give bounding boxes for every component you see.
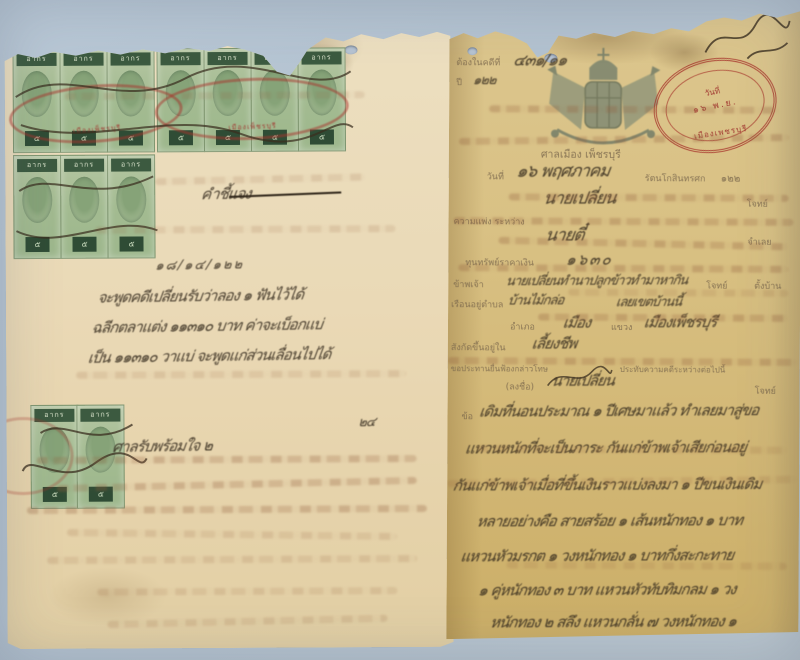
amount-label: ทุนทรัพย์ราคาเงิน: [465, 255, 534, 269]
handwritten-plaintiff-name: นายเปลี่ยน: [542, 185, 617, 212]
handwritten-margin-mark: ๒๔: [357, 411, 376, 432]
royal-coat-of-arms-emblem: [541, 46, 667, 159]
bleed-through-marks: [47, 555, 417, 564]
handwritten-body-line: แหวนหนักที่จะเป็นภาระ กันแก่ข้าพเจ้าเสีย…: [464, 435, 748, 460]
era-label: รัตนโกสินทรศก: [645, 171, 706, 185]
house-label: ตั้งบ้าน: [754, 279, 781, 293]
ink-cancellation-squiggle: [11, 53, 357, 155]
ink-cancellation-squiggle: [20, 410, 151, 511]
handwritten-court-note: ศาลรับพร้อมใจ ๒: [111, 434, 213, 460]
petition-text-2: ประทับความคดีระหว่างต่อไปนี้: [620, 363, 726, 377]
right-document-page: ต้องในคดีที่ ๔๓๑/๑๑ ปี ๑๒๒ วันที่ ๑๖: [446, 5, 800, 641]
handwritten-khwaeng: เมืองเพ็ชรบุรี: [642, 310, 718, 334]
bleed-through-marks: [76, 370, 406, 379]
date-label: วันที่: [487, 169, 504, 183]
handwritten-amount: ๑๖๓๐: [565, 248, 615, 272]
left-document-page: อากร๕ อากร๕ อากร๕ อากร๕ อากร๕ อากร๕ อากร…: [4, 25, 453, 649]
plaintiff-label: โจทย์: [706, 278, 727, 292]
bleed-through-marks: [155, 173, 365, 185]
photo-of-documents: อากร๕ อากร๕ อากร๕ อากร๕ อากร๕ อากร๕ อากร…: [0, 0, 800, 660]
bleed-through-marks: [97, 587, 397, 596]
seal-city-text: เมืองเพชรบุรี: [661, 117, 780, 148]
handwritten-year: ๑๒๒: [472, 69, 497, 90]
bleed-through-marks: [67, 529, 397, 540]
punch-hole: [467, 47, 477, 55]
bleed-through-marks: [498, 237, 788, 251]
paper-stain: [47, 566, 167, 627]
era-value: ๑๒๒: [721, 172, 741, 187]
handwritten-affiliation: เลี้ยงชีพ: [530, 332, 578, 356]
petition-text: ขอประทานยื่นฟ้องกล่าวโทษ: [451, 362, 548, 376]
handwritten-date: ๑๖ พฤศภาคม: [515, 157, 611, 184]
bleed-through-marks: [107, 615, 387, 628]
handwritten-address: บ้านไม้กล่อ: [507, 289, 565, 310]
handwritten-line: จะพูดคดีเปลี่ยนรับว่าลอง ๑ ฟันไว้ได้: [96, 283, 305, 310]
handwritten-body-line: ๑ คู่หนักทอง ๓ บาท แหวนหัวทับทิมกลม ๑ วง: [477, 577, 737, 602]
handwritten-ref-number: ๑๘/๑๔/๑๒๒: [154, 253, 245, 275]
district-label: อำเภอ: [510, 319, 535, 333]
ink-cancellation-squiggle: [11, 160, 162, 261]
handwritten-declarant: นายเปลี่ยนทำนาปลูกข้าวทำมาหากิน: [505, 269, 689, 291]
address-label: เรือนอยู่ตำบล: [451, 297, 503, 311]
ink-signature-squiggle: [544, 364, 614, 392]
handwritten-body-line: เดิมที่นอนประมาณ ๑ ปีเศษมาแล้ว ทำเลยมาสู…: [478, 398, 760, 423]
defendant-label: จำเลย: [747, 235, 771, 249]
plaintiff-label: โจทย์: [755, 384, 776, 398]
handwritten-line: เป็น ๑๑๓๑๐ วาแบ่ จะพูดแก่ส่วนเลื่อนไปได้: [86, 342, 332, 370]
handwritten-defendant-name: นายตี๋: [544, 222, 586, 249]
year-label: ปี: [456, 75, 462, 89]
handwritten-body-line: กันแก่ข้าพเจ้าเมื่อที่ขึ้นเงินราวแบ่งลงม…: [451, 472, 763, 498]
declarant-label: ข้าพเจ้า: [453, 277, 484, 291]
case-type-label: ความแพ่ง ระหว่าง: [453, 214, 524, 228]
handwritten-body-line: หนักทอง ๒ สลึง แหวนกลั่น ๗ วงหนักทอง ๑: [489, 609, 738, 634]
clause-label: ข้อ: [461, 409, 473, 423]
handwritten-line: ฉลีกตลาแต่ง ๑๑๓๑๐ บาท ค่าจะเบ็อกแบ่: [90, 312, 323, 340]
affiliation-label: สังกัดขึ้นอยู่ใน: [451, 340, 506, 354]
sign-label: (ลงชื่อ): [506, 379, 535, 393]
handwritten-address-2: เลยเขตบ้านนี้: [615, 291, 683, 312]
handwritten-body-line: แหวนหัวมรกต ๑ วงหนักทอง ๑ บาทกึ่งสะกะทาย: [459, 543, 735, 568]
case-number-label: ต้องในคดีที่: [456, 55, 500, 69]
handwritten-body-line: หลายอย่างคือ สายสร้อย ๑ เส้นหนักทอง ๑ บา…: [475, 508, 744, 533]
handwritten-heading: คำชี้แจง: [200, 182, 252, 207]
khwaeng-label: แขวง: [611, 320, 632, 334]
ink-signature-squiggle: [699, 14, 794, 62]
plaintiff-label: โจทย์: [747, 197, 768, 211]
